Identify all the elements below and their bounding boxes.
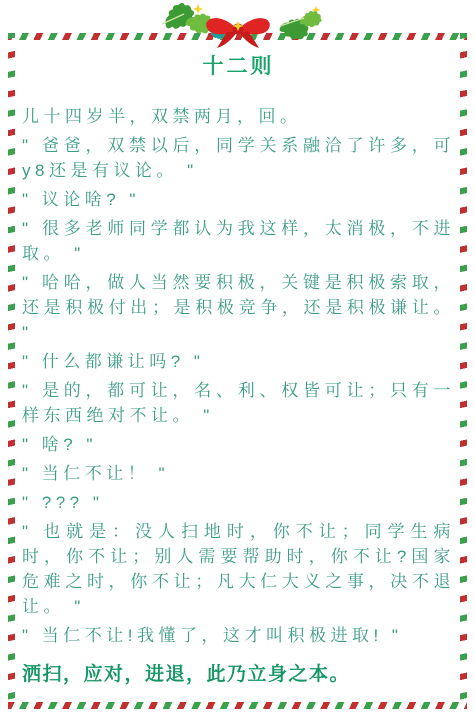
story-paragraph: " 爸爸，双禁以后，同学关系融洽了许多，可y8还是有议论。 " — [22, 133, 455, 183]
page-title: 十二则 — [22, 50, 455, 80]
story-paragraph: " 当仁不让！ " — [22, 461, 455, 486]
candy-stripe-border-left — [8, 33, 15, 709]
moral-line: 洒扫，应对，进退，此乃立身之本。 — [22, 662, 455, 688]
story-card: 十二则 儿十四岁半，双禁两月，回。 " 爸爸，双禁以后，同学关系融洽了许多，可y… — [0, 0, 475, 722]
paragraph-list: 儿十四岁半，双禁两月，回。 " 爸爸，双禁以后，同学关系融洽了许多，可y8还是有… — [22, 104, 455, 648]
story-paragraph: 儿十四岁半，双禁两月，回。 — [22, 104, 455, 129]
holly-leaf-icon — [278, 10, 322, 42]
story-paragraph: " 哈哈，做人当然要积极，关键是积极索取，还是积极付出；是积极竞争，还是积极谦让… — [22, 270, 455, 345]
story-paragraph: " ??? " — [22, 490, 455, 515]
holly-leaf-icon — [159, 0, 215, 36]
candy-stripe-border-bottom — [8, 702, 467, 709]
story-paragraph: " 很多老师同学都认为我这样，太消极，不进取。 " — [22, 216, 455, 266]
story-paragraph: " 也就是：没人扫地时，你不让；同学生病时，你不让；别人需要帮助时，你不让?国家… — [22, 519, 455, 619]
candy-stripe-border-right — [460, 33, 467, 709]
story-content: 十二则 儿十四岁半，双禁两月，回。 " 爸爸，双禁以后，同学关系融洽了许多，可y… — [22, 50, 455, 688]
story-paragraph: " 议论啥? " — [22, 187, 455, 212]
red-bow-icon — [206, 18, 270, 48]
christmas-decoration — [148, 0, 328, 50]
story-paragraph: " 当仁不让!我懂了，这才叫积极进取! " — [22, 623, 455, 648]
story-paragraph: " 什么都谦让吗? " — [22, 349, 455, 374]
story-paragraph: " 啥? " — [22, 432, 455, 457]
star-icon — [193, 4, 203, 14]
story-paragraph: " 是的，都可让，名、利、权皆可让；只有一样东西绝对不让。 " — [22, 378, 455, 428]
